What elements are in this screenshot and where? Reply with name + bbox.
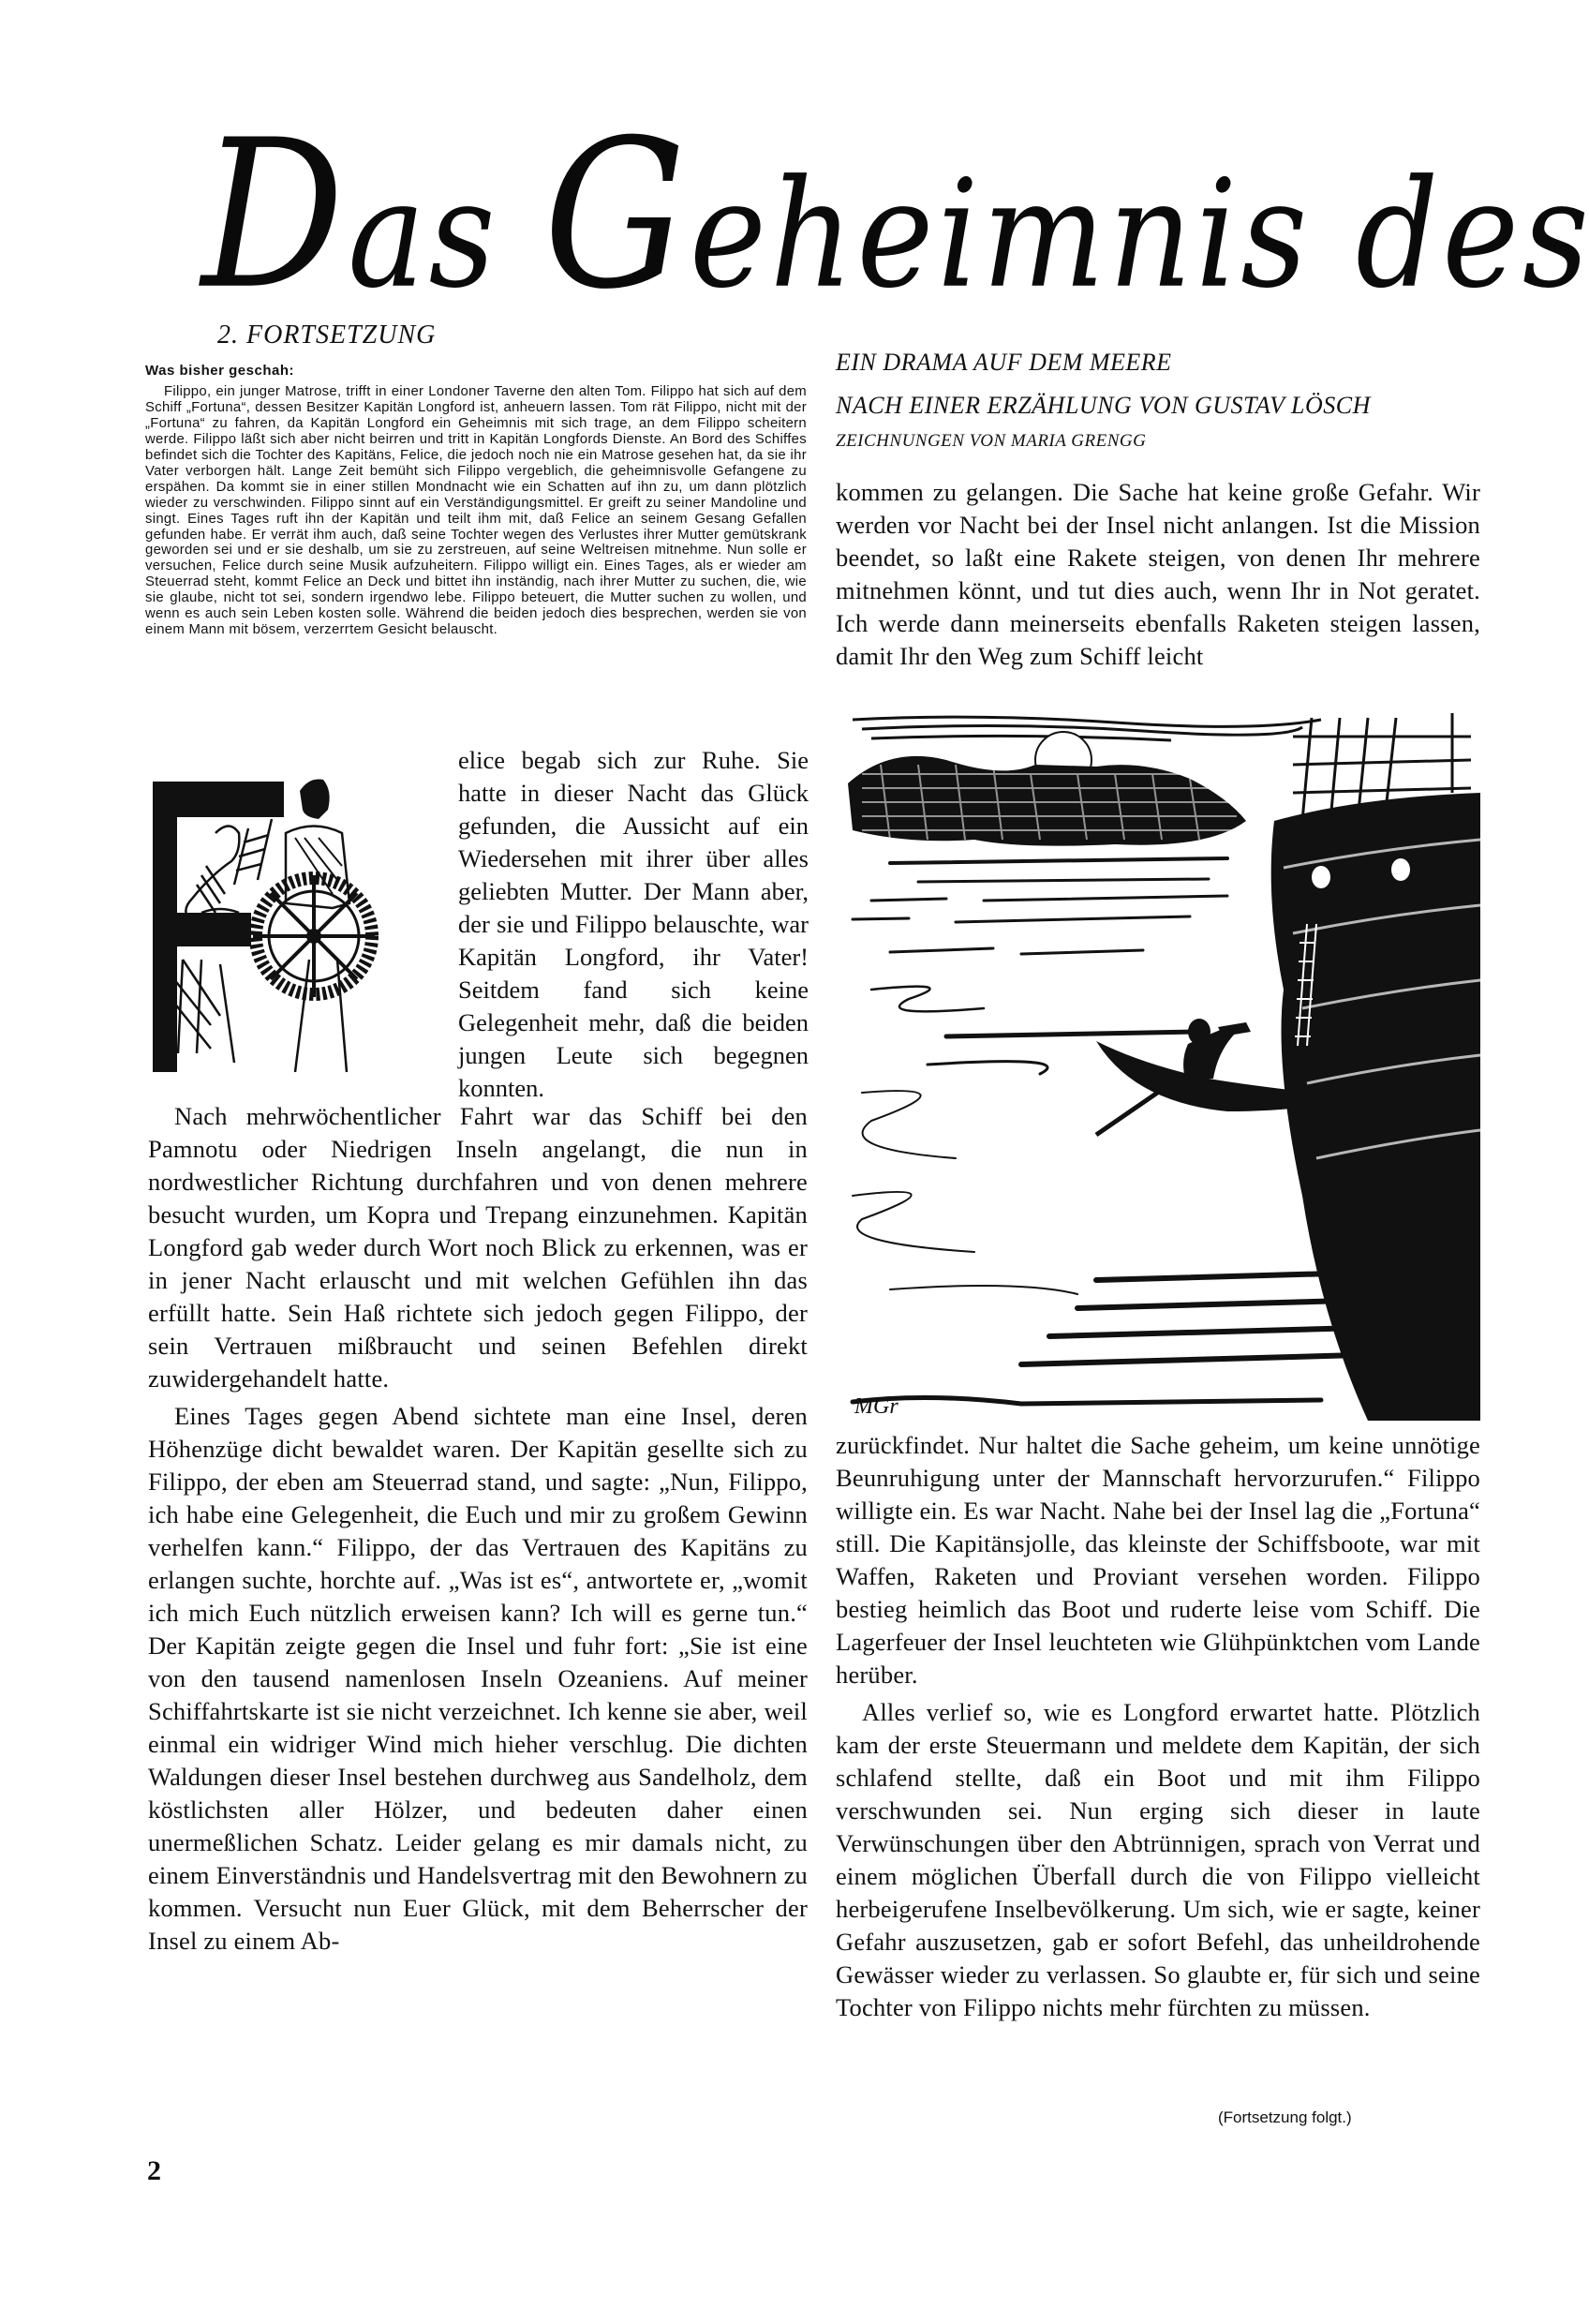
paragraph: Alles verlief so, wie es Longford erwart… [836, 1696, 1480, 2024]
author-credit: NACH EINER ERZÄHLUNG VON GUSTAV LÖSCH [836, 392, 1482, 431]
paragraph: Nach mehrwöchentlicher Fahrt war das Sch… [148, 1100, 808, 1395]
left-column-body: Nach mehrwöchentlicher Fahrt war das Sch… [148, 1100, 808, 1958]
summary-heading: Was bisher geschah: [145, 364, 807, 380]
paragraph: Eines Tages gegen Abend sichtete man ein… [148, 1400, 808, 1958]
dropcap-section: F [145, 744, 809, 1105]
illustrator-credit: ZEICHNUNGEN VON MARIA GRENGG [836, 431, 1482, 469]
title-initial-g: G [543, 96, 690, 334]
letter-f-steering-wheel-drawing: F [145, 744, 445, 1100]
paragraph: zurückfindet. Nur haltet die Sache gehei… [836, 1429, 1480, 1691]
article-credits: EIN DRAMA AUF DEM MEERE NACH EINER ERZÄH… [836, 349, 1482, 469]
article-kicker: EIN DRAMA AUF DEM MEERE [836, 349, 1482, 392]
title-segment: as [348, 148, 543, 321]
title-initial-d: D [201, 96, 348, 334]
rower-figure [1183, 1019, 1251, 1079]
title-segment: eheimnis des [690, 148, 1589, 321]
dropcap-letter: F [145, 744, 146, 745]
page-number: 2 [147, 2155, 161, 2187]
summary-text: Filippo, ein junger Matrose, trifft in e… [145, 384, 807, 638]
page-title: Das Geheimnis des Kapitäns [201, 86, 1410, 345]
right-column-top: kommen zu gelangen. Die Sache hat keine … [836, 476, 1480, 673]
illustrator-signature: MGr [854, 1394, 898, 1419]
ship-and-rowboat-drawing: MGr [834, 708, 1482, 1421]
story-summary: Was bisher geschah: Filippo, ein junger … [145, 364, 807, 638]
paragraph: kommen zu gelangen. Die Sache hat keine … [836, 476, 1480, 673]
steering-wheel-icon [253, 875, 375, 997]
oar [1096, 1083, 1171, 1135]
continuation-note: (Fortsetzung folgt.) [1218, 2108, 1352, 2127]
installment-label: 2. FORTSETZUNG [217, 320, 436, 350]
right-column-body: zurückfindet. Nur haltet die Sache gehei… [836, 1429, 1480, 2024]
sailor-figure [286, 780, 349, 1073]
dropcap-illustration: F [145, 744, 445, 1100]
night-sea-illustration: MGr [834, 708, 1482, 1421]
